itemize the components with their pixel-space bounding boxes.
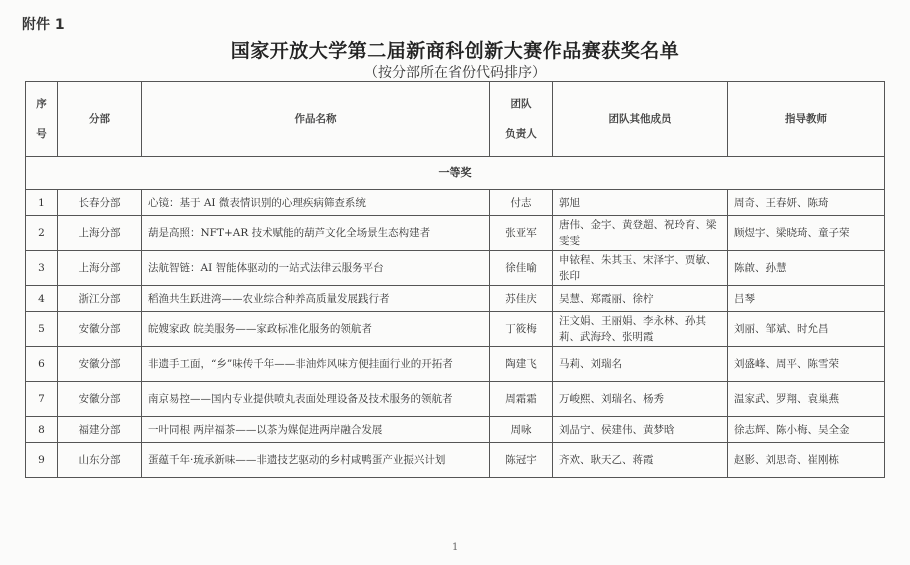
cell-index: 4 <box>26 286 58 312</box>
header-advisors: 指导教师 <box>728 82 885 157</box>
cell-work-name: 蛋蕴千年·琉承新味——非遗技艺驱动的乡村咸鸭蛋产业振兴计划 <box>142 443 490 478</box>
cell-members: 吴慧、郑霞丽、徐柠 <box>553 286 728 312</box>
cell-members: 马莉、刘瑞名 <box>553 347 728 382</box>
cell-advisors: 赵影、刘思奇、崔刚栋 <box>728 443 885 478</box>
table-row: 7 安徽分部 南京易控——国内专业提供喷丸表面处理设备及技术服务的领航者 周霜霜… <box>26 382 885 417</box>
cell-members: 万峻熙、刘瑞名、杨秀 <box>553 382 728 417</box>
cell-work-name: 皖嫂家政 皖美服务——家政标准化服务的领航者 <box>142 312 490 347</box>
cell-work-name: 心镜：基于 AI 微表情识别的心理疾病筛查系统 <box>142 190 490 216</box>
header-leader: 团队 负责人 <box>490 82 553 157</box>
cell-work-name: 葫是高照：NFT+AR 技术赋能的葫芦文化全场景生态构建者 <box>142 216 490 251</box>
cell-members: 汪文娟、王丽娟、李永林、孙其莉、武海玲、张明霞 <box>553 312 728 347</box>
cell-leader: 徐佳喻 <box>490 251 553 286</box>
table-row: 6 安徽分部 非遗手工面，“乡”味传千年——非油炸风味方便挂面行业的开拓者 陶建… <box>26 347 885 382</box>
cell-index: 3 <box>26 251 58 286</box>
table-row: 8 福建分部 一叶同根 两岸福茶——以茶为媒促进两岸融合发展 周咏 刘品宁、侯建… <box>26 417 885 443</box>
cell-branch: 长春分部 <box>58 190 142 216</box>
cell-leader: 周咏 <box>490 417 553 443</box>
cell-index: 8 <box>26 417 58 443</box>
document-subtitle: （按分部所在省份代码排序） <box>0 62 910 82</box>
cell-branch: 上海分部 <box>58 251 142 286</box>
cell-members: 申铱程、朱其玉、宋泽宇、贾敏、张印 <box>553 251 728 286</box>
document-title: 国家开放大学第二届新商科创新大赛作品赛获奖名单 <box>0 36 910 63</box>
cell-index: 9 <box>26 443 58 478</box>
cell-index: 7 <box>26 382 58 417</box>
cell-branch: 安徽分部 <box>58 382 142 417</box>
cell-members: 唐伟、金宇、黄登超、祝玲育、梁雯雯 <box>553 216 728 251</box>
cell-advisors: 刘丽、邹斌、时允昌 <box>728 312 885 347</box>
cell-leader: 付志 <box>490 190 553 216</box>
cell-branch: 山东分部 <box>58 443 142 478</box>
table-row: 2 上海分部 葫是高照：NFT+AR 技术赋能的葫芦文化全场景生态构建者 张亚军… <box>26 216 885 251</box>
section-label: 一等奖 <box>26 157 885 190</box>
cell-members: 齐欢、耿天乙、蒋霞 <box>553 443 728 478</box>
table-row: 1 长春分部 心镜：基于 AI 微表情识别的心理疾病筛查系统 付志 郭旭 周奇、… <box>26 190 885 216</box>
cell-work-name: 法航智链：AI 智能体驱动的一站式法律云服务平台 <box>142 251 490 286</box>
cell-leader: 陶建飞 <box>490 347 553 382</box>
cell-work-name: 非遗手工面，“乡”味传千年——非油炸风味方便挂面行业的开拓者 <box>142 347 490 382</box>
header-work-name: 作品名称 <box>142 82 490 157</box>
header-index: 序 号 <box>26 82 58 157</box>
cell-work-name: 南京易控——国内专业提供喷丸表面处理设备及技术服务的领航者 <box>142 382 490 417</box>
attachment-label: 附件 1 <box>22 14 65 34</box>
cell-advisors: 周奇、王春妍、陈琦 <box>728 190 885 216</box>
cell-leader: 苏佳庆 <box>490 286 553 312</box>
cell-advisors: 顾煜宇、梁晓琦、童子荣 <box>728 216 885 251</box>
cell-branch: 福建分部 <box>58 417 142 443</box>
cell-branch: 安徽分部 <box>58 312 142 347</box>
cell-advisors: 刘盛峰、周平、陈雪荣 <box>728 347 885 382</box>
cell-advisors: 温家武、罗翔、袁巢燕 <box>728 382 885 417</box>
cell-branch: 上海分部 <box>58 216 142 251</box>
awards-table: 序 号 分部 作品名称 团队 负责人 团队其他成员 指导教师 一等奖 1 长春分… <box>25 81 885 478</box>
cell-members: 刘品宁、侯建伟、黄梦晗 <box>553 417 728 443</box>
cell-index: 1 <box>26 190 58 216</box>
cell-leader: 张亚军 <box>490 216 553 251</box>
table-header-row: 序 号 分部 作品名称 团队 负责人 团队其他成员 指导教师 <box>26 82 885 157</box>
table-row: 9 山东分部 蛋蕴千年·琉承新味——非遗技艺驱动的乡村咸鸭蛋产业振兴计划 陈冠宇… <box>26 443 885 478</box>
table-row: 5 安徽分部 皖嫂家政 皖美服务——家政标准化服务的领航者 丁筱梅 汪文娟、王丽… <box>26 312 885 347</box>
cell-leader: 丁筱梅 <box>490 312 553 347</box>
cell-branch: 浙江分部 <box>58 286 142 312</box>
header-branch: 分部 <box>58 82 142 157</box>
page-number: 1 <box>452 542 458 553</box>
cell-work-name: 一叶同根 两岸福茶——以茶为媒促进两岸融合发展 <box>142 417 490 443</box>
cell-work-name: 稻渔共生跃进湾——农业综合种养高质量发展践行者 <box>142 286 490 312</box>
cell-branch: 安徽分部 <box>58 347 142 382</box>
cell-advisors: 徐志辉、陈小梅、吴全金 <box>728 417 885 443</box>
cell-leader: 周霜霜 <box>490 382 553 417</box>
cell-index: 5 <box>26 312 58 347</box>
table-row: 3 上海分部 法航智链：AI 智能体驱动的一站式法律云服务平台 徐佳喻 申铱程、… <box>26 251 885 286</box>
header-members: 团队其他成员 <box>553 82 728 157</box>
cell-advisors: 陈啟、孙慧 <box>728 251 885 286</box>
table-row: 4 浙江分部 稻渔共生跃进湾——农业综合种养高质量发展践行者 苏佳庆 吴慧、郑霞… <box>26 286 885 312</box>
cell-index: 2 <box>26 216 58 251</box>
cell-index: 6 <box>26 347 58 382</box>
cell-leader: 陈冠宇 <box>490 443 553 478</box>
cell-members: 郭旭 <box>553 190 728 216</box>
cell-advisors: 吕琴 <box>728 286 885 312</box>
section-row-first-prize: 一等奖 <box>26 157 885 190</box>
